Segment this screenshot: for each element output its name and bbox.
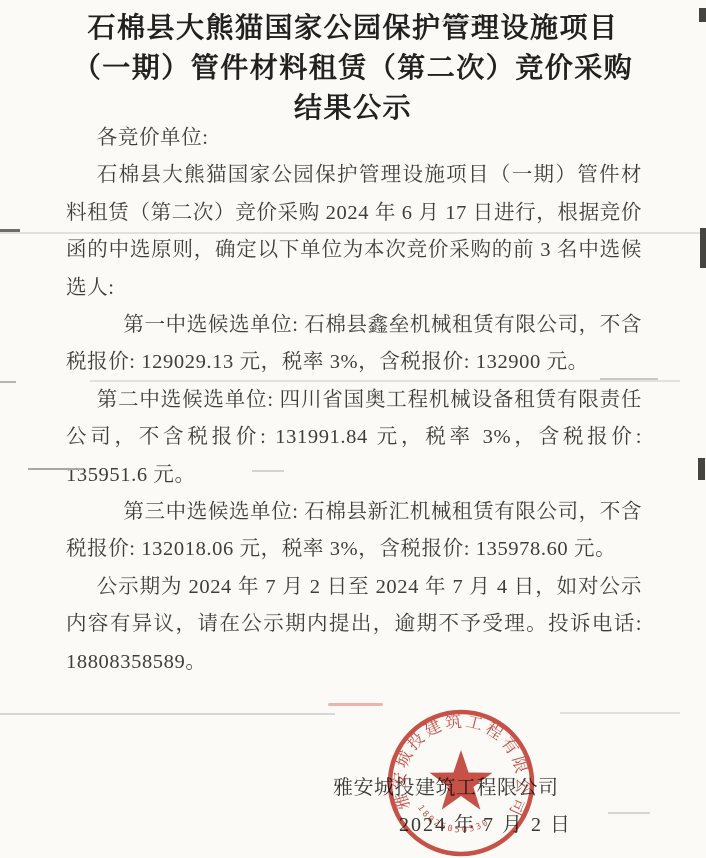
paragraph-second-candidate: 第二中选候选单位: 四川省国奥工程机械设备租赁有限责任公司，不含税报价: 131… [66, 382, 642, 494]
document-body: 各竞价单位: 石棉县大熊猫国家公园保护管理设施项目（一期）管件材料租赁（第二次）… [66, 120, 642, 681]
svg-text:18025050330: 18025050330 [415, 803, 492, 835]
paragraph-first-candidate: 第一中选候选单位: 石棉县鑫垒机械租赁有限公司，不含税报价: 129029.13… [66, 307, 642, 382]
official-seal: 雅安城投建筑工程有限公司 18025050330 [381, 703, 541, 858]
scan-artifact [0, 229, 20, 232]
document-page: 石棉县大熊猫国家公园保护管理设施项目 （一期）管件材料租赁（第二次）竞价采购 结… [0, 0, 706, 858]
title-line-1: 石棉县大熊猫国家公园保护管理设施项目 [0, 8, 706, 48]
title-line-2: （一期）管件材料租赁（第二次）竞价采购 [0, 48, 706, 88]
scan-artifact [608, 812, 650, 814]
scan-artifact [328, 703, 383, 706]
seal-star-icon [430, 750, 493, 810]
scan-artifact [0, 713, 335, 715]
paragraph-publicity-period: 公示期为 2024 年 7 月 2 日至 2024 年 7 月 4 日，如对公示… [66, 569, 642, 681]
scan-artifact [698, 458, 705, 480]
scan-artifact [560, 712, 680, 714]
scan-artifact [0, 381, 16, 383]
paragraph-intro: 石棉县大熊猫国家公园保护管理设施项目（一期）管件材料租赁（第二次）竞价采购 20… [66, 157, 642, 307]
salutation: 各竞价单位: [66, 120, 642, 157]
paragraph-third-candidate: 第三中选候选单位: 石棉县新汇机械租赁有限公司，不含税报价: 132018.06… [66, 494, 642, 569]
scan-artifact [700, 228, 706, 268]
document-title: 石棉县大熊猫国家公园保护管理设施项目 （一期）管件材料租赁（第二次）竞价采购 结… [0, 8, 706, 128]
seal-serial-number: 18025050330 [415, 803, 492, 835]
